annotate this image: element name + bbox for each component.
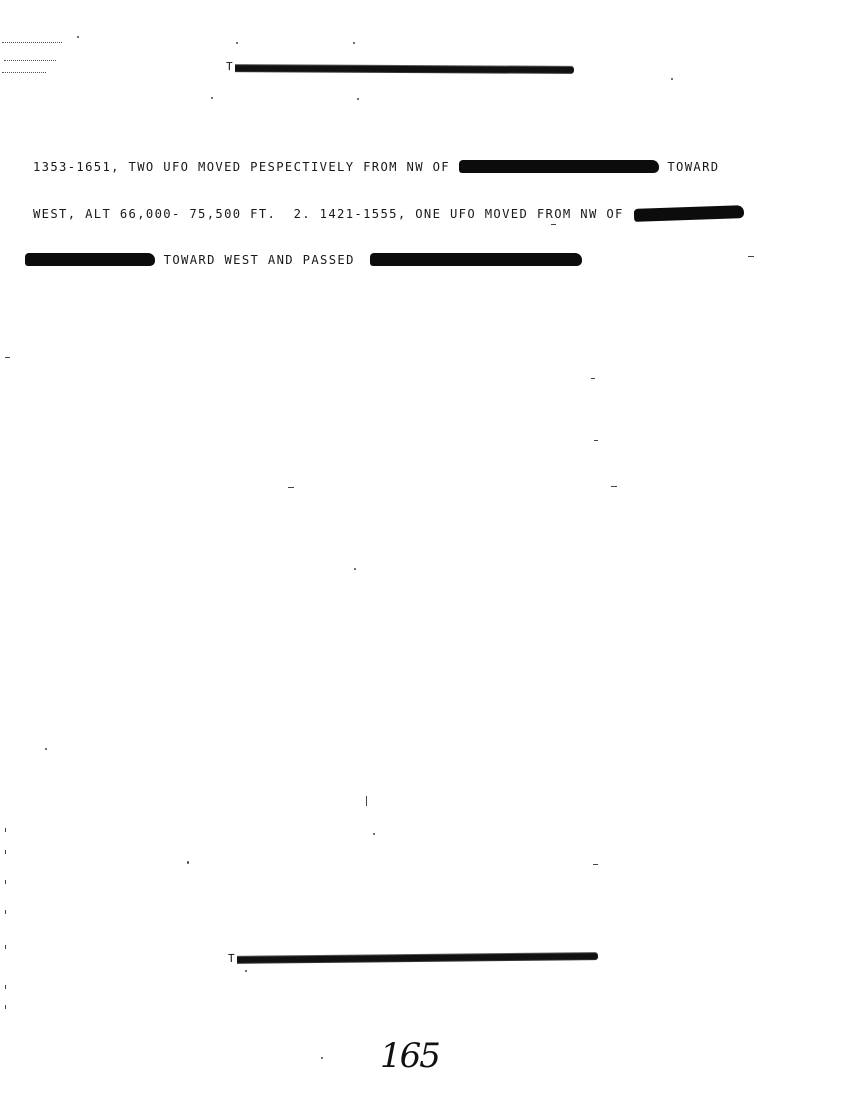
body-line-1: 1353-1651, TWO UFO MOVED PESPECTIVELY FR… bbox=[33, 160, 833, 176]
redaction-block bbox=[25, 253, 155, 266]
scan-mark bbox=[5, 910, 6, 914]
bottom-classification-marker: T bbox=[228, 953, 237, 965]
scan-mark bbox=[593, 864, 598, 865]
scan-speck bbox=[671, 78, 673, 80]
scan-speck bbox=[45, 748, 47, 750]
scan-mark bbox=[5, 945, 6, 949]
message-body: 1353-1651, TWO UFO MOVED PESPECTIVELY FR… bbox=[33, 129, 833, 300]
scan-mark bbox=[594, 440, 598, 441]
scan-speck bbox=[353, 42, 355, 44]
scan-speck bbox=[354, 568, 356, 570]
scan-mark bbox=[288, 487, 294, 488]
scan-mark bbox=[5, 828, 6, 832]
document-page: T 1353-1651, TWO UFO MOVED PESPECTIVELY … bbox=[0, 0, 850, 1097]
redaction-block bbox=[634, 205, 744, 222]
scan-speck bbox=[373, 833, 375, 835]
body-text-segment: 1353-1651, TWO UFO MOVED PESPECTIVELY FR… bbox=[33, 160, 459, 174]
scan-mark bbox=[748, 256, 754, 257]
scan-mark bbox=[366, 796, 367, 806]
scan-mark bbox=[5, 850, 6, 854]
scan-speck bbox=[321, 1057, 323, 1059]
body-line-3: TOWARD WEST AND PASSED bbox=[33, 253, 833, 269]
body-line-2: WEST, ALT 66,000- 75,500 FT. 2. 1421-155… bbox=[33, 207, 833, 223]
corner-stamp-marks bbox=[2, 38, 64, 78]
top-classification-redaction: T bbox=[228, 65, 574, 73]
scan-speck bbox=[236, 42, 238, 44]
redaction-block bbox=[459, 160, 659, 173]
bottom-classification-redaction: T bbox=[230, 953, 598, 963]
scan-mark bbox=[5, 1005, 6, 1009]
scan-mark bbox=[551, 224, 556, 225]
scan-speck bbox=[187, 861, 189, 864]
scan-speck bbox=[211, 97, 213, 99]
body-text-segment: TOWARD WEST AND PASSED bbox=[155, 253, 364, 267]
scan-speck bbox=[357, 98, 359, 100]
handwritten-page-number: 165 bbox=[380, 1036, 439, 1076]
scan-mark bbox=[5, 880, 6, 884]
scan-mark bbox=[5, 985, 6, 989]
body-text-segment: TOWARD bbox=[659, 160, 720, 174]
scan-speck bbox=[77, 36, 79, 38]
scan-mark bbox=[611, 486, 617, 487]
redaction-block bbox=[370, 253, 582, 266]
body-text-segment: WEST, ALT 66,000- 75,500 FT. 2. 1421-155… bbox=[33, 207, 632, 221]
top-classification-marker: T bbox=[226, 61, 235, 73]
scan-mark bbox=[5, 357, 10, 358]
scan-mark bbox=[591, 378, 595, 379]
scan-speck bbox=[245, 970, 247, 972]
